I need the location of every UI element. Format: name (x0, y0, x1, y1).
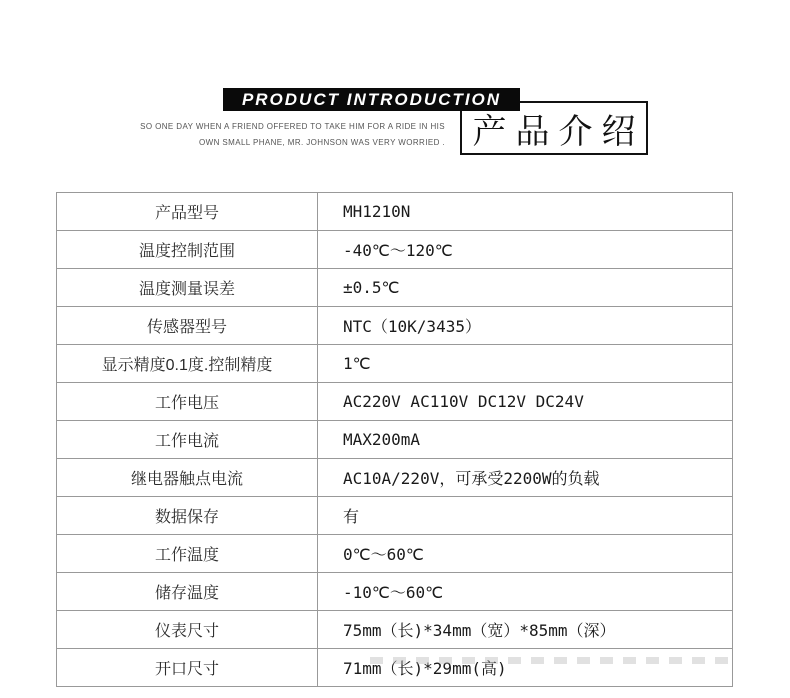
spec-value-cell: 0℃～60℃ (318, 535, 733, 573)
tagline-line-1: SO ONE DAY WHEN A FRIEND OFFERED TO TAKE… (140, 119, 445, 135)
spec-label-cell: 显示精度0.1度.控制精度 (57, 345, 318, 383)
spec-label-cell: 工作电流 (57, 421, 318, 459)
tagline: SO ONE DAY WHEN A FRIEND OFFERED TO TAKE… (140, 119, 445, 151)
spec-row: 储存温度 -10℃～60℃ (57, 573, 733, 611)
spec-label-cell: 工作电压 (57, 383, 318, 421)
spec-value-cell: ±0.5℃ (318, 269, 733, 307)
spec-value-cell: AC220V AC110V DC12V DC24V (318, 383, 733, 421)
tagline-line-2: OWN SMALL PHANE, MR. JOHNSON WAS VERY WO… (140, 135, 445, 151)
spec-row: 继电器触点电流 AC10A/220V，可承受2200W的负载 (57, 459, 733, 497)
spec-label-cell: 传感器型号 (57, 307, 318, 345)
spec-table-body: 产品型号 MH1210N 温度控制范围 -40℃～120℃ 温度测量误差 ±0.… (57, 193, 733, 687)
spec-label-cell: 工作温度 (57, 535, 318, 573)
spec-value-cell: AC10A/220V，可承受2200W的负载 (318, 459, 733, 497)
spec-label-cell: 仪表尺寸 (57, 611, 318, 649)
section-title-en: PRODUCT INTRODUCTION (242, 90, 501, 110)
spec-value-cell: 有 (318, 497, 733, 535)
spec-label-cell: 产品型号 (57, 193, 318, 231)
spec-label-cell: 开口尺寸 (57, 649, 318, 687)
spec-row: 工作电流 MAX200mA (57, 421, 733, 459)
spec-row: 工作温度 0℃～60℃ (57, 535, 733, 573)
spec-label-cell: 继电器触点电流 (57, 459, 318, 497)
spec-value-cell: 75mm（长)*34mm（宽）*85mm（深） (318, 611, 733, 649)
spec-row: 数据保存 有 (57, 497, 733, 535)
spec-value-cell: 71mm（长)*29mm(高) (318, 649, 733, 687)
spec-value-cell: NTC（10K/3435） (318, 307, 733, 345)
spec-row: 工作电压 AC220V AC110V DC12V DC24V (57, 383, 733, 421)
spec-row: 仪表尺寸 75mm（长)*34mm（宽）*85mm（深） (57, 611, 733, 649)
spec-value-cell: MH1210N (318, 193, 733, 231)
spec-label-cell: 温度测量误差 (57, 269, 318, 307)
spec-row: 温度控制范围 -40℃～120℃ (57, 231, 733, 269)
spec-row: 开口尺寸 71mm（长)*29mm(高) (57, 649, 733, 687)
spec-table: 产品型号 MH1210N 温度控制范围 -40℃～120℃ 温度测量误差 ±0.… (56, 192, 733, 687)
spec-label-cell: 温度控制范围 (57, 231, 318, 269)
spec-value-cell: 1℃ (318, 345, 733, 383)
section-title-banner: PRODUCT INTRODUCTION (223, 88, 520, 111)
spec-row: 温度测量误差 ±0.5℃ (57, 269, 733, 307)
spec-label-cell: 储存温度 (57, 573, 318, 611)
watermark-remnant (370, 657, 733, 664)
spec-value-cell: -40℃～120℃ (318, 231, 733, 269)
spec-row: 显示精度0.1度.控制精度 1℃ (57, 345, 733, 383)
spec-row: 传感器型号 NTC（10K/3435） (57, 307, 733, 345)
spec-value-cell: -10℃～60℃ (318, 573, 733, 611)
spec-row: 产品型号 MH1210N (57, 193, 733, 231)
spec-label-cell: 数据保存 (57, 497, 318, 535)
spec-value-cell: MAX200mA (318, 421, 733, 459)
product-introduction-page: PRODUCT INTRODUCTION 产品介绍 SO ONE DAY WHE… (0, 0, 790, 698)
